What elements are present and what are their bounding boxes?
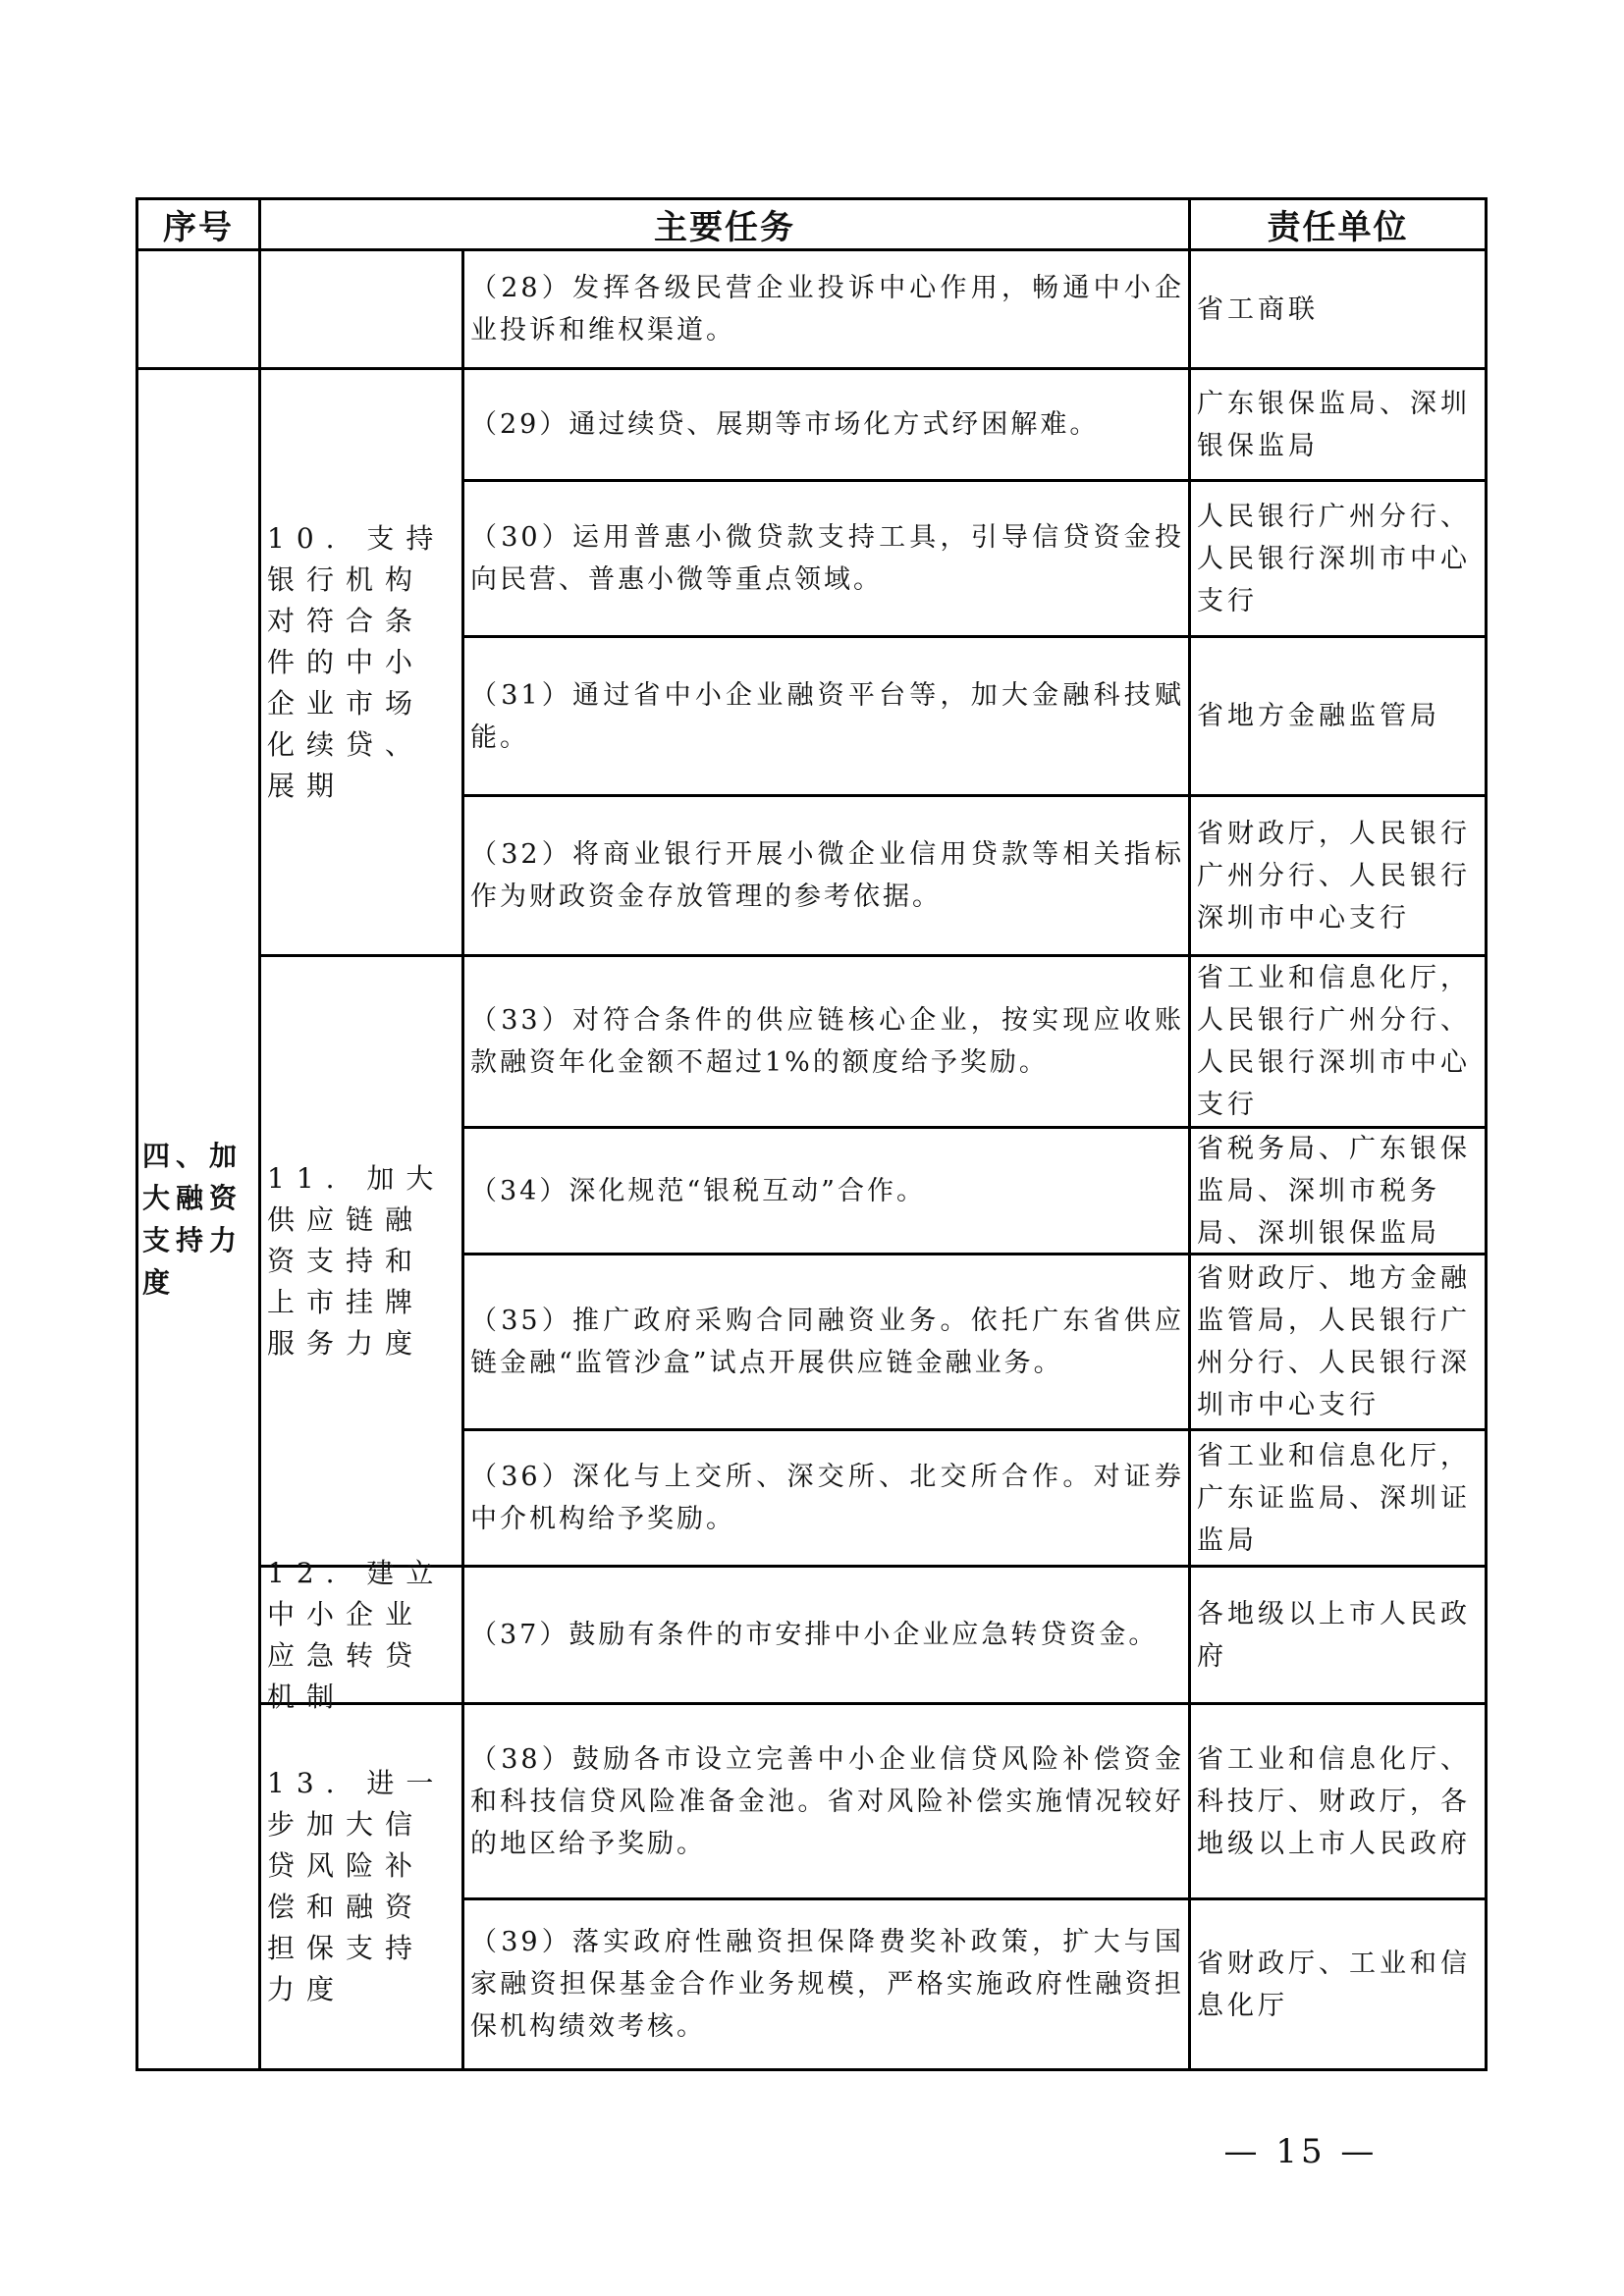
- section-label: 四、加大融资支持力度: [138, 370, 258, 2068]
- task-cell: （35）推广政府采购合同融资业务。依托广东省供应链金融“监管沙盒”试点开展供应链…: [464, 1255, 1188, 1428]
- group-label: 12. 建立中小企业应急转贷机制: [261, 1568, 461, 1702]
- header-task: 主要任务: [261, 200, 1188, 248]
- unit-cell: 各地级以上市人民政府: [1191, 1568, 1485, 1702]
- task-cell: （38）鼓励各市设立完善中小企业信贷风险补偿资金和科技信贷风险准备金池。省对风险…: [464, 1705, 1188, 1897]
- task-cell: （34）深化规范“银税互动”合作。: [464, 1129, 1188, 1253]
- unit-cell: 省工业和信息化厅、科技厅、财政厅，各地级以上市人民政府: [1191, 1705, 1485, 1897]
- task-cell: （31）通过省中小企业融资平台等，加大金融科技赋能。: [464, 638, 1188, 794]
- group-label: 10. 支持银行机构对符合条件的中小企业市场化续贷、展期: [261, 370, 461, 954]
- unit-cell: 省财政厅、工业和信息化厅: [1191, 1900, 1485, 2068]
- unit-cell: 广东银保监局、深圳银保监局: [1191, 370, 1485, 479]
- task-cell: （37）鼓励有条件的市安排中小企业应急转贷资金。: [464, 1568, 1188, 1702]
- unit-cell: 省工业和信息化厅，人民银行广州分行、人民银行深圳市中心支行: [1191, 957, 1485, 1126]
- unit-cell: 人民银行广州分行、人民银行深圳市中心支行: [1191, 482, 1485, 635]
- unit-cell: 省工业和信息化厅，广东证监局、深圳证监局: [1191, 1431, 1485, 1565]
- task-cell: （36）深化与上交所、深交所、北交所合作。对证券中介机构给予奖励。: [464, 1431, 1188, 1565]
- task-cell: （28）发挥各级民营企业投诉中心作用，畅通中小企业投诉和维权渠道。: [464, 251, 1188, 367]
- unit-cell: 省财政厅、地方金融监管局，人民银行广州分行、人民银行深圳市中心支行: [1191, 1255, 1485, 1428]
- unit-cell: 省地方金融监管局: [1191, 638, 1485, 794]
- header-unit: 责任单位: [1191, 200, 1485, 248]
- task-cell: （29）通过续贷、展期等市场化方式纾困解难。: [464, 370, 1188, 479]
- task-cell: （30）运用普惠小微贷款支持工具，引导信贷资金投向民营、普惠小微等重点领域。: [464, 482, 1188, 635]
- unit-cell: 省工商联: [1191, 251, 1485, 367]
- page-number: — 15 —: [1218, 2132, 1384, 2171]
- task-cell: （32）将商业银行开展小微企业信用贷款等相关指标作为财政资金存放管理的参考依据。: [464, 797, 1188, 954]
- group-label: 13. 进一步加大信贷风险补偿和融资担保支持力度: [261, 1705, 461, 2068]
- unit-cell: 省财政厅，人民银行广州分行、人民银行深圳市中心支行: [1191, 797, 1485, 954]
- group-label: 11. 加大供应链融资支持和上市挂牌服务力度: [261, 957, 461, 1565]
- header-index: 序号: [138, 200, 258, 248]
- task-cell: （33）对符合条件的供应链核心企业，按实现应收账款融资年化金额不超过1%的额度给…: [464, 957, 1188, 1126]
- task-cell: （39）落实政府性融资担保降费奖补政策，扩大与国家融资担保基金合作业务规模，严格…: [464, 1900, 1188, 2068]
- document-page: 序号 主要任务 责任单位 四、加大融资支持力度 10. 支持银行机构对符合条件的…: [0, 0, 1624, 2296]
- unit-cell: 省税务局、广东银保监局、深圳市税务局、深圳银保监局: [1191, 1129, 1485, 1253]
- task-table: 序号 主要任务 责任单位 四、加大融资支持力度 10. 支持银行机构对符合条件的…: [135, 197, 1488, 2071]
